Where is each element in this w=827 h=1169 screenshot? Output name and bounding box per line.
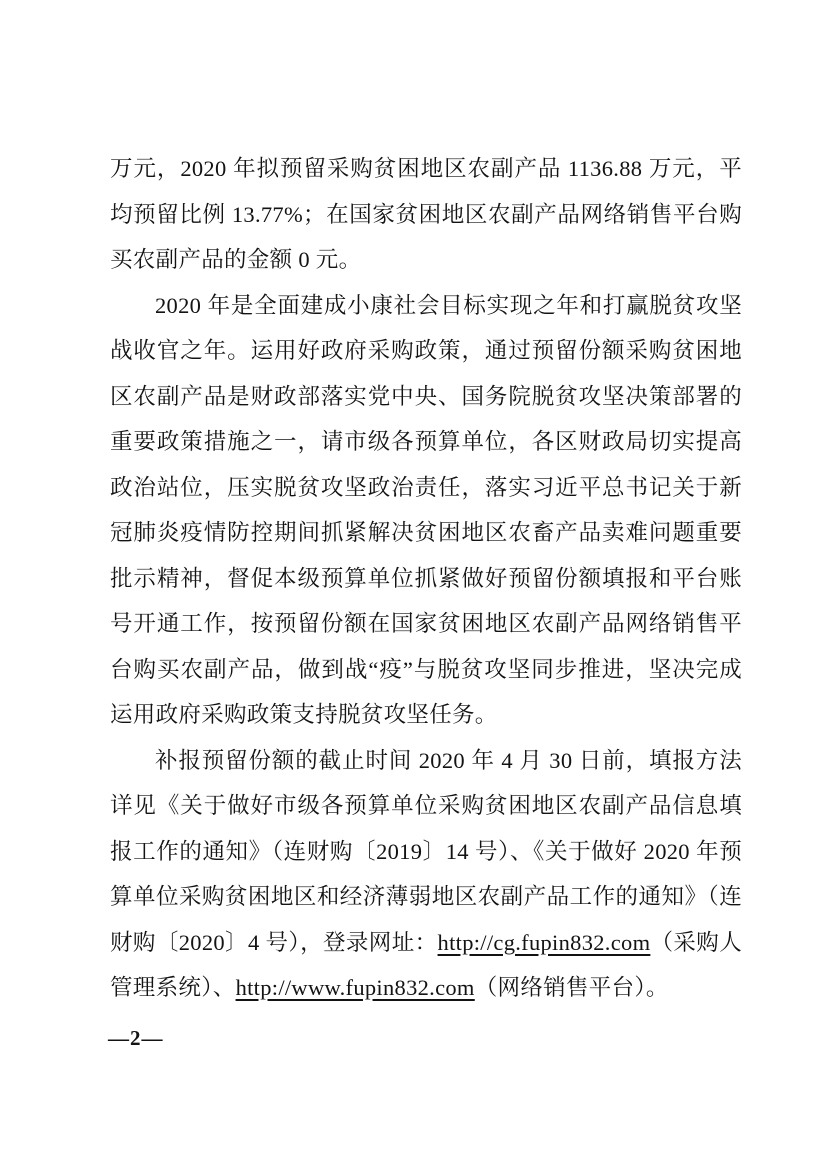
paragraph-1: 万元，2020 年拟预留采购贫困地区农副产品 1136.88 万元，平均预留比例… [110, 146, 742, 283]
paragraph-3-text-1: 补报预留份额的截止时间 2020 年 4 月 30 日前，填报方法详见《关于做好… [110, 748, 742, 955]
procurement-system-link[interactable]: http://cg.fupin832.com [438, 930, 651, 955]
sales-platform-link[interactable]: http://www.fupin832.com [236, 975, 475, 1000]
paragraph-2: 2020 年是全面建成小康社会目标实现之年和打赢脱贫攻坚战收官之年。运用好政府采… [110, 283, 742, 738]
page-number: —2— [108, 1022, 164, 1054]
document-body: 万元，2020 年拟预留采购贫困地区农副产品 1136.88 万元，平均预留比例… [110, 146, 742, 1011]
paragraph-3: 补报预留份额的截止时间 2020 年 4 月 30 日前，填报方法详见《关于做好… [110, 738, 742, 1011]
paragraph-3-text-3: （网络销售平台）。 [475, 975, 669, 1000]
document-page: 万元，2020 年拟预留采购贫困地区农副产品 1136.88 万元，平均预留比例… [0, 0, 827, 1169]
